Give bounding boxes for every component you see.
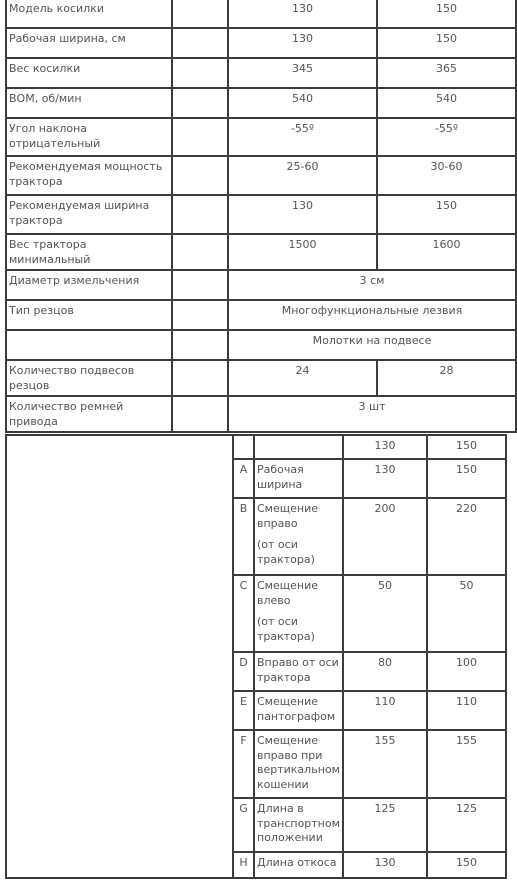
dims-letter: C <box>233 575 254 652</box>
spec-value-130: 130 <box>228 0 377 28</box>
spec-value-merged: 3 шт <box>228 396 516 432</box>
spec-label: Вес косилки <box>6 58 172 88</box>
dims-letter: H <box>233 852 254 878</box>
spec-label: Рабочая ширина, см <box>6 28 172 58</box>
spec-empty-cell <box>172 118 228 156</box>
spec-row: Рекомендуемая ширина трактора130150 <box>6 195 516 234</box>
dims-label: Длина откоса <box>254 852 343 878</box>
dims-label: Вправо от оси трактора <box>254 652 343 691</box>
spec-value-130: 345 <box>228 58 377 88</box>
dims-label: Рабочая ширина <box>254 459 343 498</box>
spec-value-merged: 3 см <box>228 270 516 300</box>
spec-value-130: 24 <box>228 360 377 396</box>
spec-empty-cell <box>172 234 228 270</box>
spec-row: Рекомендуемая мощность трактора25-6030-6… <box>6 156 516 195</box>
dims-letter: G <box>233 798 254 852</box>
dims-header-label <box>254 435 343 459</box>
spec-label <box>6 330 172 360</box>
dims-value-130: 80 <box>343 652 427 691</box>
dims-letter: B <box>233 498 254 575</box>
spec-value-merged: Молотки на подвесе <box>228 330 516 360</box>
spec-value-130: 1500 <box>228 234 377 270</box>
spec-empty-cell <box>172 270 228 300</box>
spec-value-150: 1600 <box>377 234 516 270</box>
spec-row: Вес косилки345365 <box>6 58 516 88</box>
spec-value-130: 130 <box>228 195 377 234</box>
dims-value-130: 155 <box>343 730 427 798</box>
dims-label-line: (от оси трактора) <box>257 538 340 567</box>
spec-empty-cell <box>172 396 228 432</box>
spec-empty-cell <box>172 156 228 195</box>
dims-label-line: Вправо от оси трактора <box>257 656 340 685</box>
dims-value-150: 150 <box>427 459 506 498</box>
dims-label-line: Рабочая ширина <box>257 463 340 492</box>
spec-value-150: 150 <box>377 195 516 234</box>
dims-label-line: Смещение влево <box>257 579 340 608</box>
dims-header-150: 150 <box>427 435 506 459</box>
dims-value-150: 220 <box>427 498 506 575</box>
spec-empty-cell <box>172 28 228 58</box>
dimensions-table: 130150AРабочая ширина130150BСмещение впр… <box>5 434 507 879</box>
spec-row: Молотки на подвесе <box>6 330 516 360</box>
spec-empty-cell <box>172 0 228 28</box>
spec-label: Диаметр измельчения <box>6 270 172 300</box>
spec-empty-cell <box>172 195 228 234</box>
dims-label-line: Смещение вправо <box>257 502 340 531</box>
dims-value-130: 130 <box>343 852 427 878</box>
dims-label: Смещение вправо при вертикальном кошении <box>254 730 343 798</box>
dims-value-150: 50 <box>427 575 506 652</box>
dims-header-letter <box>233 435 254 459</box>
spec-row: Модель косилки130150 <box>6 0 516 28</box>
spec-table: Модель косилки130150Рабочая ширина, см13… <box>5 0 517 433</box>
dims-label-line: Длина в транспортном положении <box>257 802 340 846</box>
spec-row: Диаметр измельчения3 см <box>6 270 516 300</box>
spec-label: Вес трактора минимальный <box>6 234 172 270</box>
spec-label: Угол наклона отрицательный <box>6 118 172 156</box>
dims-letter: A <box>233 459 254 498</box>
spec-value-150: 150 <box>377 0 516 28</box>
spec-empty-cell <box>172 58 228 88</box>
spec-label: ВОМ, об/мин <box>6 88 172 118</box>
dims-value-150: 125 <box>427 798 506 852</box>
spec-value-130: 130 <box>228 28 377 58</box>
spec-value-150: 365 <box>377 58 516 88</box>
spec-row: Вес трактора минимальный15001600 <box>6 234 516 270</box>
dims-label-line: Смещение пантографом <box>257 695 340 724</box>
spec-empty-cell <box>172 360 228 396</box>
diagram-placeholder <box>6 435 233 878</box>
dims-letter: E <box>233 691 254 730</box>
spec-row: ВОМ, об/мин540540 <box>6 88 516 118</box>
spec-empty-cell <box>172 88 228 118</box>
spec-value-150: 30-60 <box>377 156 516 195</box>
spec-label: Рекомендуемая ширина трактора <box>6 195 172 234</box>
spec-label: Количество подвесов резцов <box>6 360 172 396</box>
spec-label: Тип резцов <box>6 300 172 330</box>
spec-value-150: 150 <box>377 28 516 58</box>
dims-value-130: 130 <box>343 459 427 498</box>
spec-row: Количество ремней привода3 шт <box>6 396 516 432</box>
dims-value-150: 150 <box>427 852 506 878</box>
spec-value-150: 28 <box>377 360 516 396</box>
spec-label: Количество ремней привода <box>6 396 172 432</box>
spec-value-150: -55º <box>377 118 516 156</box>
dims-label: Смещение влево(от оси трактора) <box>254 575 343 652</box>
dims-value-150: 100 <box>427 652 506 691</box>
dims-label-line: (от оси трактора) <box>257 615 340 644</box>
dims-value-130: 50 <box>343 575 427 652</box>
dims-label: Смещение пантографом <box>254 691 343 730</box>
dims-letter: D <box>233 652 254 691</box>
spec-value-130: 25-60 <box>228 156 377 195</box>
spec-row: Тип резцовМногофункциональные лезвия <box>6 300 516 330</box>
dims-header-130: 130 <box>343 435 427 459</box>
dims-value-150: 110 <box>427 691 506 730</box>
spec-value-150: 540 <box>377 88 516 118</box>
spec-empty-cell <box>172 300 228 330</box>
spec-value-130: -55º <box>228 118 377 156</box>
dims-letter: F <box>233 730 254 798</box>
spec-empty-cell <box>172 330 228 360</box>
spec-value-merged: Многофункциональные лезвия <box>228 300 516 330</box>
dims-label: Смещение вправо(от оси трактора) <box>254 498 343 575</box>
dims-label: Длина в транспортном положении <box>254 798 343 852</box>
dims-value-150: 155 <box>427 730 506 798</box>
spec-value-130: 540 <box>228 88 377 118</box>
spec-label: Рекомендуемая мощность трактора <box>6 156 172 195</box>
spec-row: Количество подвесов резцов2428 <box>6 360 516 396</box>
dims-header-row: 130150 <box>6 435 506 459</box>
spec-label: Модель косилки <box>6 0 172 28</box>
dims-value-130: 110 <box>343 691 427 730</box>
dims-label-line: Длина откоса <box>257 856 340 871</box>
dims-value-130: 200 <box>343 498 427 575</box>
spec-row: Рабочая ширина, см130150 <box>6 28 516 58</box>
dims-label-line: Смещение вправо при вертикальном кошении <box>257 734 340 792</box>
spec-row: Угол наклона отрицательный-55º-55º <box>6 118 516 156</box>
dims-value-130: 125 <box>343 798 427 852</box>
